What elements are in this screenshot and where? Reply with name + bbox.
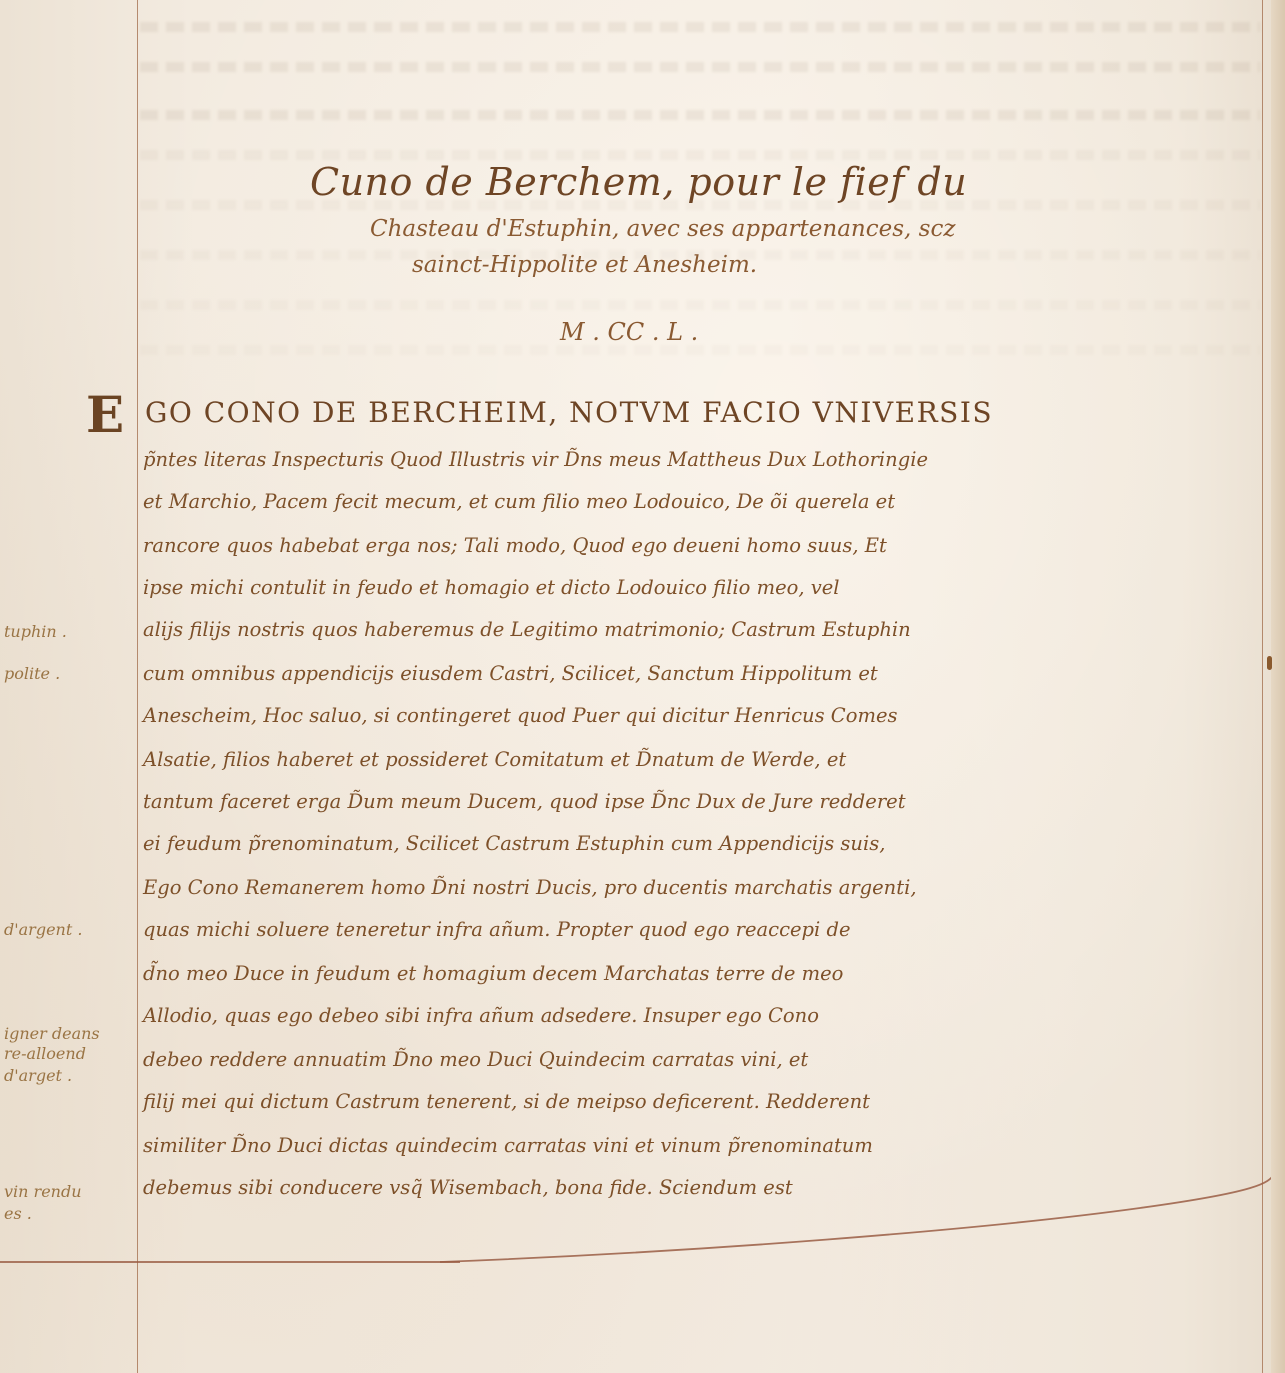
text-line: debeo reddere annuatim D̃no meo Duci Qui… [143,1048,808,1071]
margin-note: polite . [4,664,60,683]
text-line: rancore quos habebat erga nos; Tali modo… [143,534,887,557]
text-line: Ego Cono Remanerem homo D̃ni nostri Duci… [143,876,917,899]
heading-line-1: Cuno de Berchem, pour le fief du [310,160,967,204]
text-line: Anescheim, Hoc saluo, si contingeret quo… [143,704,898,727]
incipit-line: GO CONO DE BERCHEIM, NOTVM FACIO VNIVERS… [145,396,993,429]
bleed-through-line [140,22,1260,32]
text-line: et Marchio, Pacem fecit mecum, et cum fi… [143,490,895,513]
text-line: p̃ntes literas Inspecturis Quod Illustri… [143,448,928,471]
manuscript-page: Cuno de Berchem, pour le fief du Chastea… [0,0,1285,1373]
book-gutter [1271,0,1285,1373]
bleed-through-line [140,62,1260,72]
text-line: filij mei qui dictum Castrum tenerent, s… [143,1090,870,1113]
margin-note: vin rendu [4,1182,82,1201]
text-line: d̃no meo Duce in feudum et homagium dece… [143,962,843,985]
ink-blot [1267,656,1272,670]
text-line: similiter D̃no Duci dictas quindecim car… [143,1134,873,1157]
text-line: quas michi soluere teneretur infra añum… [143,918,851,941]
text-line: cum omnibus appendicijs eiusdem Castri, … [143,662,878,685]
bottom-rule [0,1261,460,1263]
text-line: ipse michi contulit in feudo et homagio … [143,576,840,599]
date-roman: M . CC . L . [560,318,698,346]
margin-note: re-alloend [4,1044,86,1063]
drop-capital: E [86,390,124,440]
margin-note: d'argent . [4,920,82,939]
heading-line-2: Chasteau d'Estuphin, avec ses appartenan… [370,216,955,242]
margin-note: d'arget . [4,1066,72,1085]
left-margin-rule [137,0,138,1373]
margin-note: igner deans [4,1024,100,1043]
text-line: alijs filijs nostris quos haberemus de L… [143,618,911,641]
text-line: Alsatie, filios haberet et possideret Co… [143,748,846,771]
text-line: tantum faceret erga D̃um meum Ducem, quo… [143,790,906,813]
text-line: debemus sibi conducere vsq̃ Wisembach, b… [143,1176,793,1199]
margin-note: tuphin . [4,622,67,641]
text-line: Allodio, quas ego debeo sibi infra añum… [143,1004,819,1027]
margin-note: es . [4,1204,32,1223]
bleed-through-line [140,345,1260,355]
heading-line-3: sainct-Hippolite et Anesheim. [412,252,757,278]
bleed-through-line [140,300,1260,310]
bleed-through-line [140,150,1260,160]
bleed-through-line [140,110,1260,120]
text-line: ei feudum p̃renominatum, Scilicet Castru… [143,832,885,855]
